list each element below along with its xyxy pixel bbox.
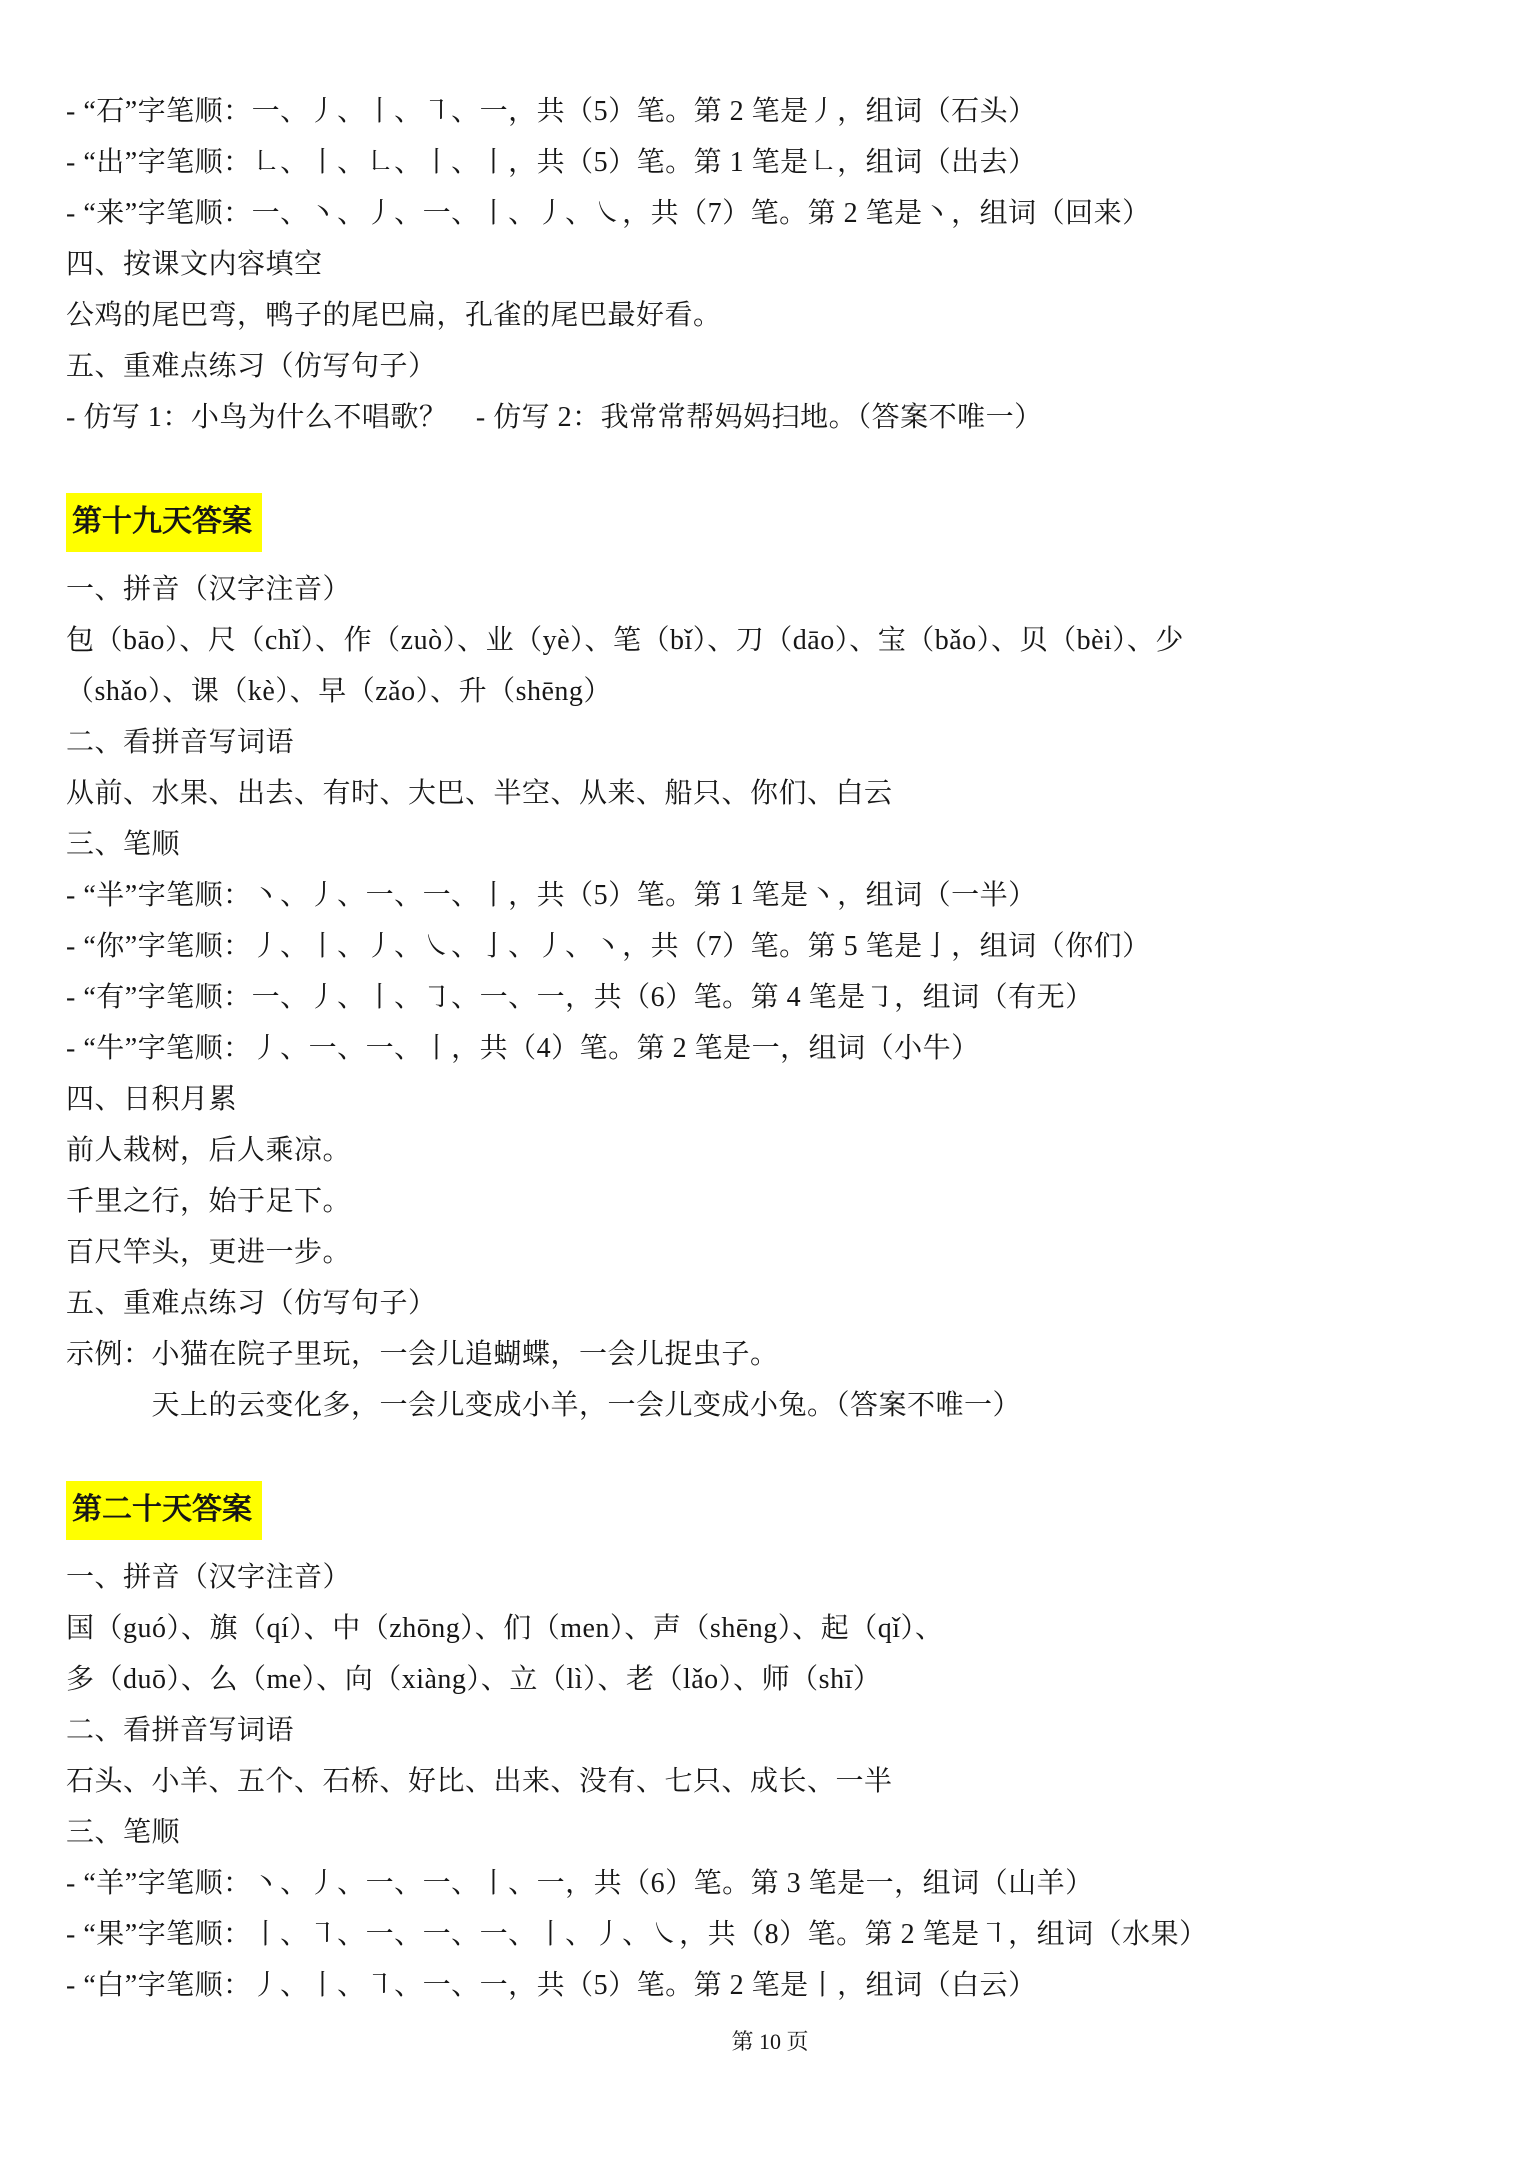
section-title-strokes: 三、笔顺 bbox=[66, 819, 1474, 870]
pinyin-answers2-line2: 多（duō）、么（me）、向（xiàng）、立（lì）、老（lǎo）、师（shī… bbox=[66, 1654, 1474, 1705]
day20-heading: 第二十天答案 bbox=[66, 1481, 1474, 1540]
section-title-words: 二、看拼音写词语 bbox=[66, 717, 1474, 768]
word-answers: 从前、水果、出去、有时、大巴、半空、从来、船只、你们、白云 bbox=[66, 768, 1474, 819]
section-title-pinyin2: 一、拼音（汉字注音） bbox=[66, 1552, 1474, 1603]
worksheet-page: - “石”字笔顺：一、丿、丨、㇕、一，共（5）笔。第 2 笔是丿，组词（石头） … bbox=[0, 0, 1536, 2171]
section-title-pinyin: 一、拼音（汉字注音） bbox=[66, 564, 1474, 615]
page-number: 第 10 页 bbox=[66, 2027, 1474, 2057]
day20-heading-highlight: 第二十天答案 bbox=[66, 1481, 262, 1540]
pinyin-answers-line1: 包（bāo）、尺（chǐ）、作（zuò）、业（yè）、笔（bǐ）、刀（dāo）、… bbox=[66, 615, 1474, 666]
stroke-order-line-yang: - “羊”字笔顺：丶、丿、一、一、丨、一，共（6）笔。第 3 笔是一，组词（山羊… bbox=[66, 1858, 1474, 1909]
section-title-practice2: 五、重难点练习（仿写句子） bbox=[66, 1278, 1474, 1329]
stroke-order-line-lai: - “来”字笔顺：一、丶、丿、一、丨、丿、㇏，共（7）笔。第 2 笔是丶，组词（… bbox=[66, 188, 1474, 239]
section-title-idioms: 四、日积月累 bbox=[66, 1074, 1474, 1125]
stroke-order-line-niu: - “牛”字笔顺：丿、一、一、丨，共（4）笔。第 2 笔是一，组词（小牛） bbox=[66, 1023, 1474, 1074]
stroke-order-line-bai: - “白”字笔顺：丿、丨、㇕、一、一，共（5）笔。第 2 笔是丨，组词（白云） bbox=[66, 1960, 1474, 2011]
stroke-order-line-guo: - “果”字笔顺：丨、㇕、一、一、一、丨、丿、㇏，共（8）笔。第 2 笔是㇕，组… bbox=[66, 1909, 1474, 1960]
stroke-order-line-ban: - “半”字笔顺：丶、丿、一、一、丨，共（5）笔。第 1 笔是丶，组词（一半） bbox=[66, 870, 1474, 921]
imitation-answers: - 仿写 1：小鸟为什么不唱歌？ - 仿写 2：我常常帮妈妈扫地。（答案不唯一） bbox=[66, 392, 1474, 443]
stroke-order-line-chu: - “出”字笔顺：㇗、丨、㇗、丨、丨，共（5）笔。第 1 笔是㇗，组词（出去） bbox=[66, 137, 1474, 188]
stroke-order-line-ni: - “你”字笔顺：丿、丨、丿、㇏、亅、丿、丶，共（7）笔。第 5 笔是亅，组词（… bbox=[66, 921, 1474, 972]
fill-in-answer: 公鸡的尾巴弯，鸭子的尾巴扁，孔雀的尾巴最好看。 bbox=[66, 290, 1474, 341]
section-title-words2: 二、看拼音写词语 bbox=[66, 1705, 1474, 1756]
section-title-strokes2: 三、笔顺 bbox=[66, 1807, 1474, 1858]
example-sentence-1: 示例：小猫在院子里玩，一会儿追蝴蝶，一会儿捉虫子。 bbox=[66, 1329, 1474, 1380]
stroke-order-line-shi: - “石”字笔顺：一、丿、丨、㇕、一，共（5）笔。第 2 笔是丿，组词（石头） bbox=[66, 86, 1474, 137]
section-title-fill-in: 四、按课文内容填空 bbox=[66, 239, 1474, 290]
section-title-practice: 五、重难点练习（仿写句子） bbox=[66, 341, 1474, 392]
stroke-order-line-you: - “有”字笔顺：一、丿、丨、㇆、一、一，共（6）笔。第 4 笔是㇆，组词（有无… bbox=[66, 972, 1474, 1023]
day19-heading: 第十九天答案 bbox=[66, 493, 1474, 552]
pinyin-answers2-line1: 国（guó）、旗（qí）、中（zhōng）、们（men）、声（shēng）、起（… bbox=[66, 1603, 1474, 1654]
idiom-line-3: 百尺竿头，更进一步。 bbox=[66, 1227, 1474, 1278]
example-sentence-2: 天上的云变化多，一会儿变成小羊，一会儿变成小兔。（答案不唯一） bbox=[66, 1380, 1474, 1431]
idiom-line-2: 千里之行，始于足下。 bbox=[66, 1176, 1474, 1227]
pinyin-answers-line2: （shǎo）、课（kè）、早（zǎo）、升（shēng） bbox=[66, 666, 1474, 717]
day19-heading-highlight: 第十九天答案 bbox=[66, 493, 262, 552]
idiom-line-1: 前人栽树，后人乘凉。 bbox=[66, 1125, 1474, 1176]
word-answers2: 石头、小羊、五个、石桥、好比、出来、没有、七只、成长、一半 bbox=[66, 1756, 1474, 1807]
